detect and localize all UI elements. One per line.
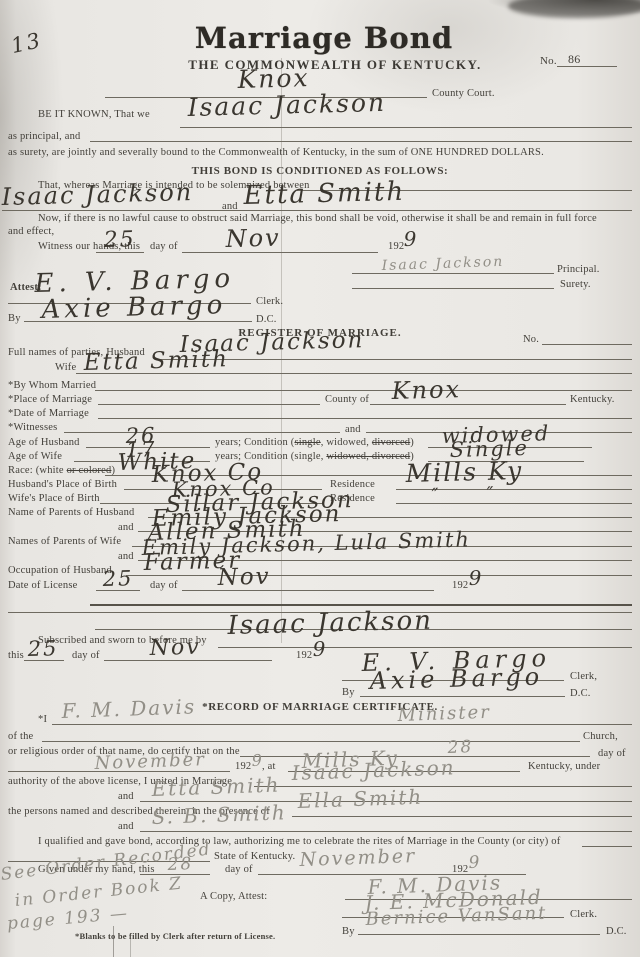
place-of-marriage-label: *Place of Marriage bbox=[8, 394, 92, 406]
occupation-label: Occupation of Husband bbox=[8, 565, 112, 577]
condition-word-struck: single bbox=[294, 437, 320, 448]
blank-line bbox=[24, 321, 252, 322]
bond-month-handwritten: Nov bbox=[225, 225, 281, 254]
race-label: Race: (white or colored) bbox=[8, 465, 115, 477]
age-wife-label: Age of Wife bbox=[8, 451, 62, 463]
parents-and-label: and bbox=[118, 522, 134, 534]
dc-label: D.C. bbox=[256, 314, 277, 326]
blank-line bbox=[396, 503, 632, 504]
blank-line bbox=[76, 373, 632, 374]
license-day-of-label: day of bbox=[150, 580, 178, 592]
certificate-clerk-label: Clerk. bbox=[570, 909, 597, 921]
principal-signature: Isaac Jackson bbox=[381, 254, 504, 274]
bond-number-label: No. bbox=[540, 55, 557, 68]
bond-number-value: 86 bbox=[568, 53, 580, 67]
state-of-kentucky-label: State of Kentucky. bbox=[214, 851, 295, 863]
kentucky-under-label: Kentucky, under bbox=[528, 761, 600, 773]
blank-line bbox=[2, 210, 632, 211]
conditioned-heading: THIS BOND IS CONDITIONED AS FOLLOWS: bbox=[170, 165, 470, 178]
year-printed: 192 bbox=[388, 241, 404, 253]
sworn-year-handwritten: 9 bbox=[312, 638, 327, 661]
groom-name-handwritten: Isaac Jackson bbox=[1, 179, 193, 212]
witness2-handwritten: S. B. Smith bbox=[151, 801, 287, 829]
sworn-name-handwritten: Isaac Jackson bbox=[227, 607, 433, 642]
church-label: Church, bbox=[583, 731, 618, 743]
register-wife-handwritten: Etta Smith bbox=[83, 346, 229, 376]
scan-smudge bbox=[508, 0, 640, 18]
certificate-by-label: By bbox=[342, 926, 355, 938]
blank-line bbox=[96, 252, 144, 253]
of-the-label: of the bbox=[8, 731, 33, 743]
certificate-day-of-label: day of bbox=[598, 748, 626, 760]
certificate-and-label: and bbox=[118, 791, 134, 803]
bond-year-handwritten: 9 bbox=[403, 228, 418, 251]
wife-label: Wife bbox=[55, 362, 76, 374]
certificate-dc-label: D.C. bbox=[606, 926, 627, 938]
void-clause-2: and effect, bbox=[8, 226, 54, 238]
blank-line bbox=[160, 359, 632, 360]
marriage-bond-document: 13 Marriage Bond THE COMMONWEALTH OF KEN… bbox=[0, 0, 640, 957]
county-court-label: County Court. bbox=[432, 88, 495, 100]
sworn-by-label: By bbox=[342, 687, 355, 699]
certificate-groom-handwritten: Isaac Jackson bbox=[291, 756, 456, 785]
blank-line bbox=[352, 288, 554, 289]
husband-condition-label: years; Condition (single, widowed, divor… bbox=[215, 437, 414, 449]
date-of-marriage-label: *Date of Marriage bbox=[8, 408, 89, 420]
blank-line bbox=[360, 696, 565, 697]
sworn-dc-label: D.C. bbox=[570, 688, 591, 700]
husband-birth-label: Husband's Place of Birth bbox=[8, 479, 117, 491]
sworn-day-of-label: day of bbox=[72, 650, 100, 662]
date-of-license-label: Date of License bbox=[8, 580, 77, 592]
license-year-handwritten: 9 bbox=[468, 567, 483, 590]
blank-line bbox=[98, 418, 632, 419]
surety-label: Surety. bbox=[560, 279, 591, 291]
certificate-i-label: *I bbox=[38, 714, 47, 726]
by-label: By bbox=[8, 313, 21, 325]
condition-word-struck: divorced bbox=[372, 437, 410, 448]
at-label: , at bbox=[262, 761, 276, 773]
sworn-clerk-label: Clerk, bbox=[570, 671, 597, 683]
certificate-bride-handwritten: Etta Smith bbox=[151, 774, 281, 801]
given-month-handwritten: November bbox=[299, 846, 416, 872]
as-principal-label: as principal, and bbox=[8, 131, 81, 143]
condition-word: , widowed, bbox=[321, 437, 372, 448]
condition-word: ) bbox=[410, 437, 414, 448]
license-year-printed: 192 bbox=[452, 580, 468, 592]
be-it-known-label: BE IT KNOWN, That we bbox=[38, 109, 150, 121]
document-title: Marriage Bond bbox=[174, 22, 474, 55]
minister-name-handwritten: F. M. Davis bbox=[61, 695, 196, 723]
sworn-this-label: this bbox=[8, 650, 24, 662]
license-day-handwritten: 25 bbox=[102, 566, 133, 591]
principal-label: Principal. bbox=[557, 264, 600, 276]
wife-birth-label: Wife's Place of Birth bbox=[8, 493, 100, 505]
sworn-deputy-signature: Axie Bargo bbox=[369, 663, 543, 695]
condition-word: years; Condition ( bbox=[215, 437, 294, 448]
day-of-label: day of bbox=[150, 241, 178, 253]
condition-word-struck: widowed, divorced bbox=[326, 451, 410, 462]
certificate-year-printed: 192 bbox=[235, 761, 251, 773]
presence-and-label: and bbox=[118, 821, 134, 833]
blank-line bbox=[42, 741, 580, 742]
and-label: and bbox=[222, 201, 238, 213]
blank-line bbox=[95, 390, 632, 391]
sworn-day-handwritten: 25 bbox=[27, 636, 58, 661]
section-divider bbox=[90, 604, 632, 606]
void-clause: Now, if there is no lawful cause to obst… bbox=[38, 213, 597, 225]
blank-line bbox=[370, 404, 566, 405]
given-day-of-label: day of bbox=[225, 864, 253, 876]
blank-line bbox=[542, 344, 632, 345]
margin-page-number: 13 bbox=[9, 28, 44, 58]
parents-wife-and-label: and bbox=[118, 551, 134, 563]
blank-line bbox=[180, 127, 632, 128]
register-county-handwritten: Knox bbox=[391, 376, 461, 405]
blank-line bbox=[90, 141, 632, 142]
blank-line bbox=[52, 724, 632, 725]
commonwealth-heading: THE COMMONWEALTH OF KENTUCKY. bbox=[185, 58, 485, 73]
parents-wife-label: Names of Parents of Wife bbox=[8, 536, 121, 548]
clerk-footnote: *Blanks to be filled by Clerk after retu… bbox=[75, 932, 275, 942]
witnesses-and-label: and bbox=[345, 424, 361, 436]
witnesses-label: *Witnesses bbox=[8, 422, 57, 434]
by-whom-married-label: *By Whom Married bbox=[8, 380, 96, 392]
bride-name-handwritten: Etta Smith bbox=[243, 178, 405, 212]
surety-clause: as surety, are jointly and severally bou… bbox=[8, 147, 544, 159]
age-husband-label: Age of Husband bbox=[8, 437, 80, 449]
blank-line bbox=[582, 846, 632, 847]
blank-line bbox=[352, 273, 554, 274]
blank-line bbox=[140, 831, 632, 832]
witness1-handwritten: Ella Smith bbox=[297, 786, 423, 813]
county-of-label: County of bbox=[325, 394, 369, 406]
certificate-deputy-signature: Bernice VanSant bbox=[365, 904, 547, 931]
blank-line bbox=[126, 575, 632, 576]
kentucky-label: Kentucky. bbox=[570, 394, 615, 406]
race-word: Race: (white bbox=[8, 465, 67, 476]
blank-line bbox=[254, 786, 632, 787]
bond-day-handwritten: 25 bbox=[103, 227, 136, 253]
sworn-year-printed: 192 bbox=[296, 650, 312, 662]
principal-name-handwritten: Isaac Jackson bbox=[187, 89, 386, 123]
blank-line bbox=[557, 66, 617, 67]
register-no-label: No. bbox=[523, 334, 539, 346]
license-month-handwritten: Nov bbox=[217, 564, 271, 592]
blank-line bbox=[64, 432, 340, 433]
blank-line bbox=[358, 934, 600, 935]
sworn-month-handwritten: Nov bbox=[149, 635, 201, 662]
blank-line bbox=[98, 404, 320, 405]
qualified-clause: I qualified and gave bond, according to … bbox=[38, 836, 560, 848]
clerk-label: Clerk. bbox=[256, 296, 283, 308]
blank-line bbox=[96, 590, 140, 591]
parents-husband-label: Name of Parents of Husband bbox=[8, 507, 135, 519]
blank-line bbox=[292, 816, 632, 817]
certificate-month-handwritten: November bbox=[94, 750, 206, 775]
blank-line bbox=[24, 660, 64, 661]
copy-attest-label: A Copy, Attest: bbox=[200, 891, 267, 903]
